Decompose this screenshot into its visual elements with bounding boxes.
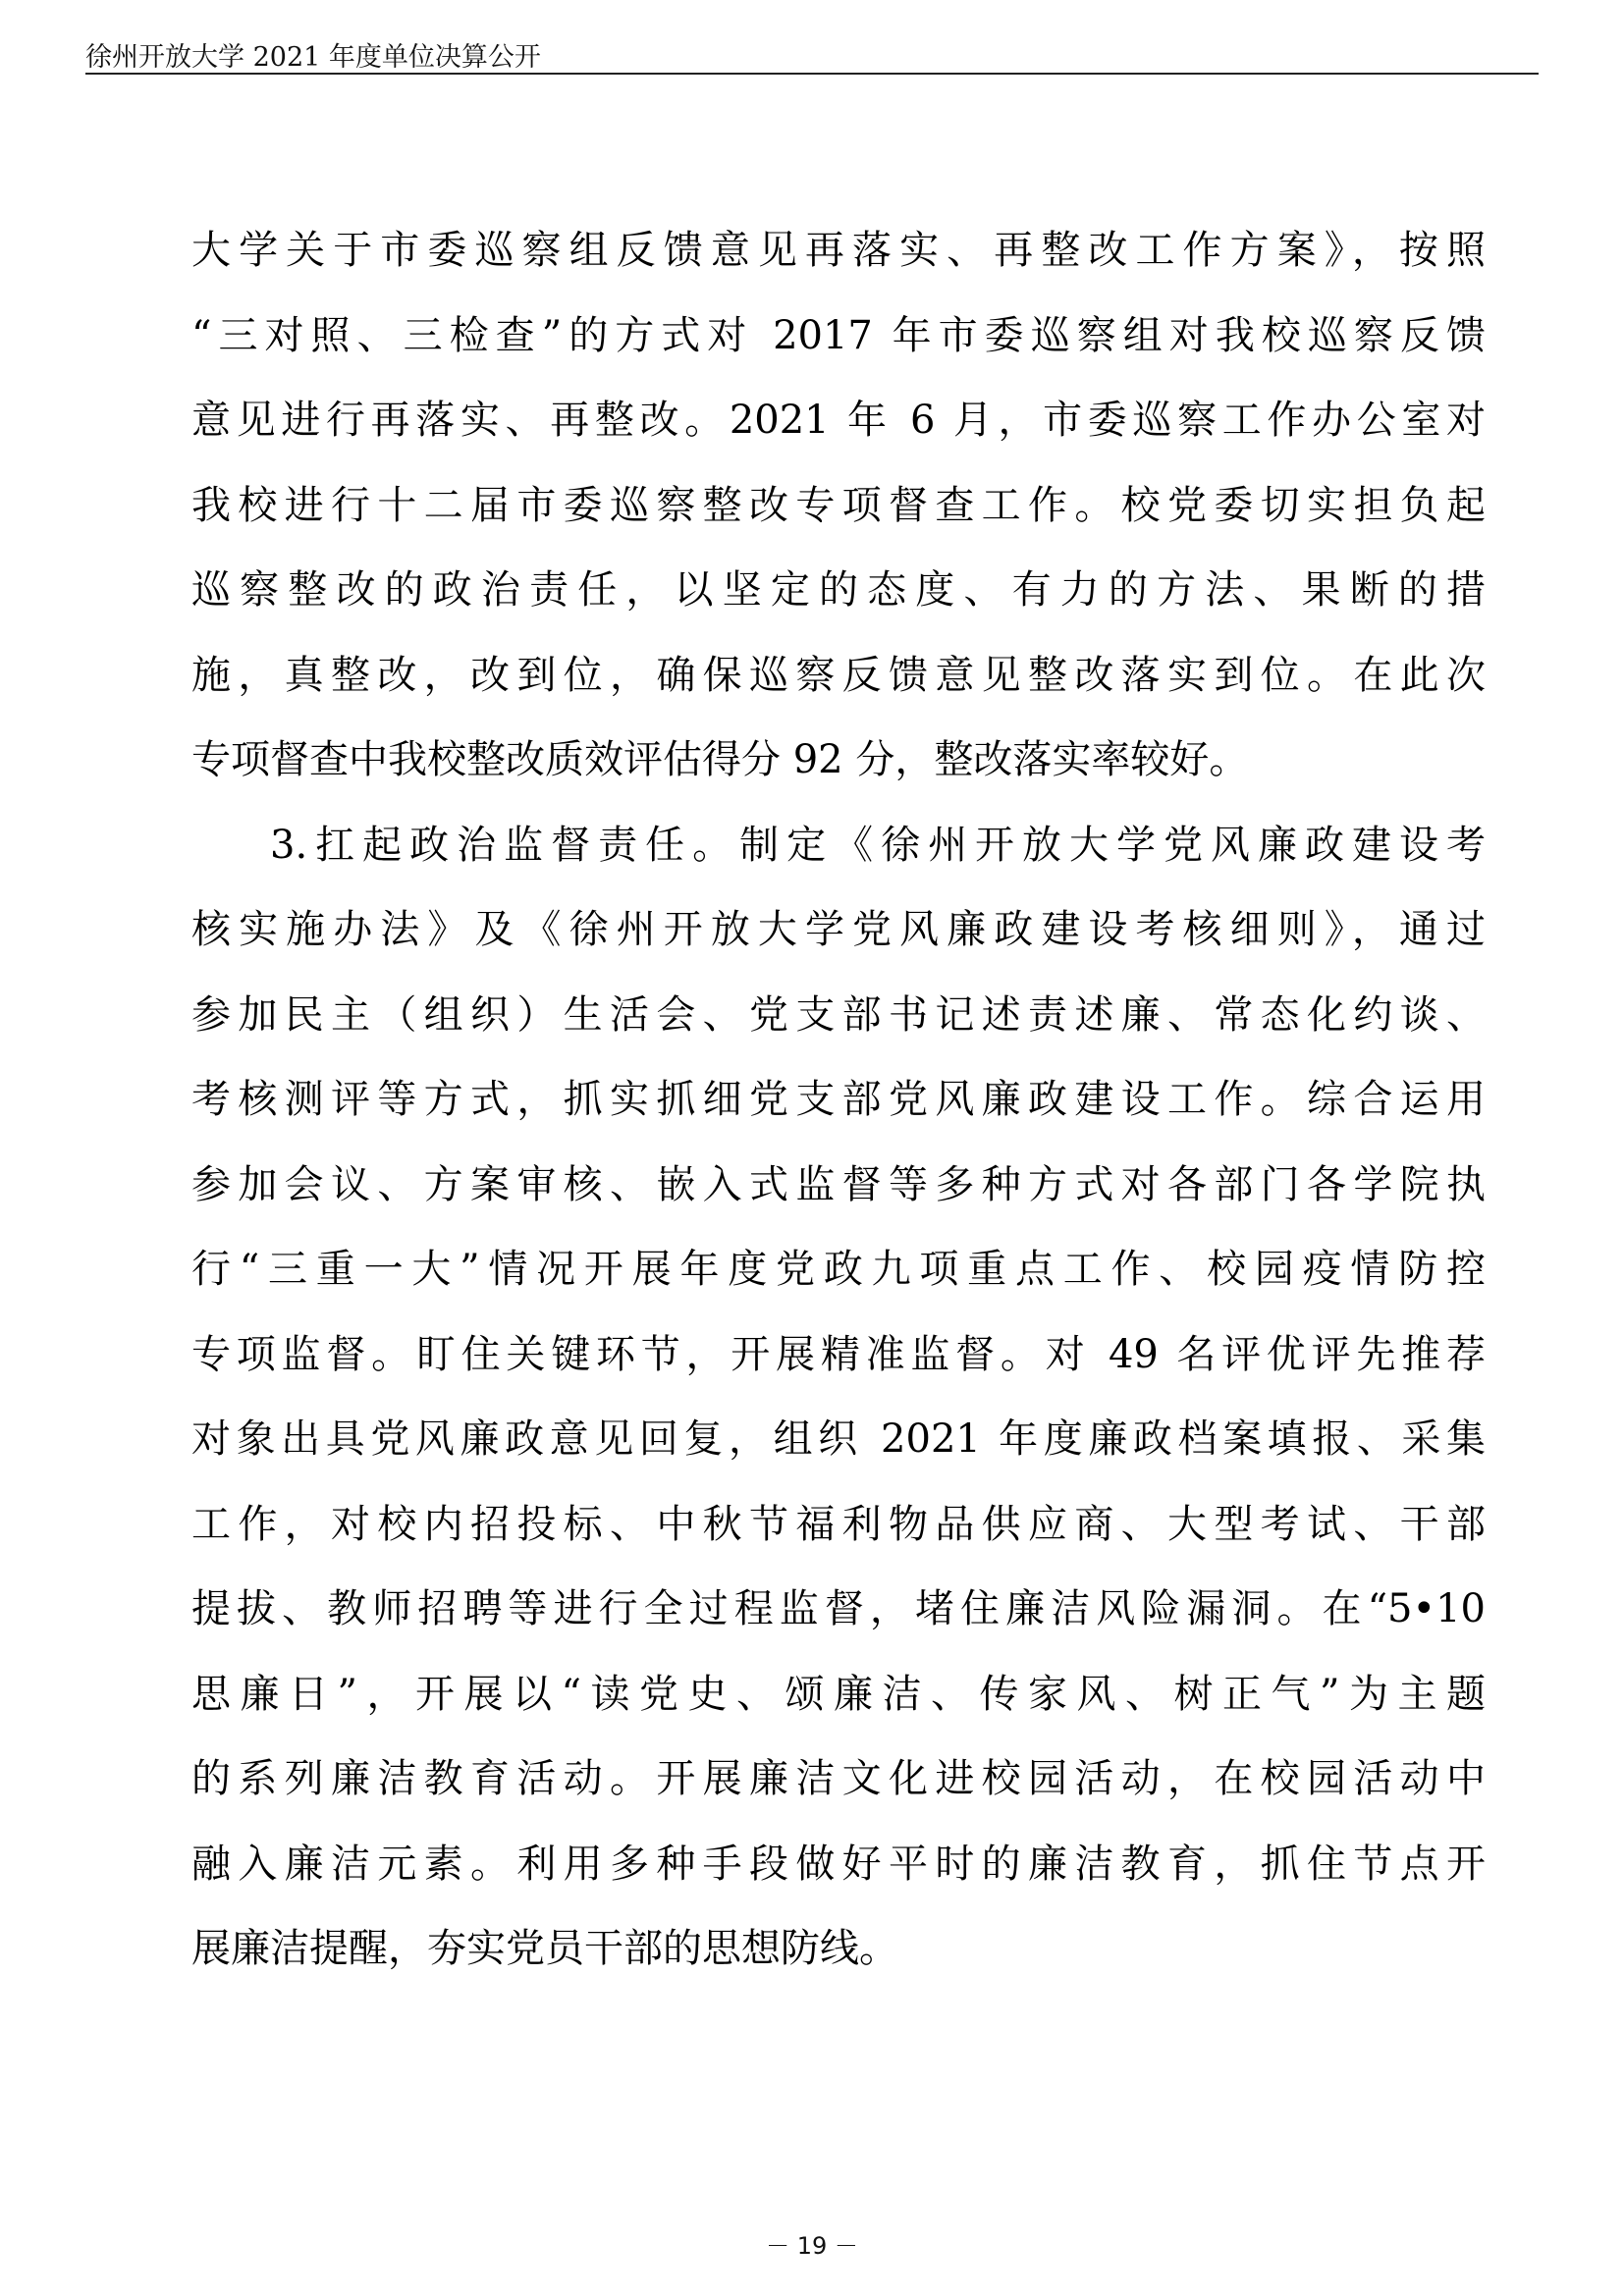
text-line: 意见进行再落实、再整改。2021 年 6 月，市委巡察工作办公室对 [191,378,1486,463]
text-line: 工作，对校内招投标、中秋节福利物品供应商、大型考试、干部 [191,1482,1486,1568]
text-line: 提拔、教师招聘等进行全过程监督，堵住廉洁风险漏洞。在“5•10 [191,1567,1486,1652]
text-line: 我校进行十二届市委巡察整改专项督查工作。校党委切实担负起 [191,463,1486,549]
text-line: 展廉洁提醒，夯实党员干部的思想防线。 [191,1906,1486,1992]
paragraph-political-supervision: 3.扛起政治监督责任。制定《徐州开放大学党风廉政建设考 核实施办法》及《徐州开放… [191,803,1486,1992]
document-header-title: 徐州开放大学 2021 年度单位决算公开 [85,35,541,74]
text-line: 融入廉洁元素。利用多种手段做好平时的廉洁教育，抓住节点开 [191,1822,1486,1907]
page-number: － 19 － [0,2226,1624,2261]
text-line: “三对照、三检查”的方式对 2017 年市委巡察组对我校巡察反馈 [191,294,1486,379]
text-line: 巡察整改的政治责任，以坚定的态度、有力的方法、果断的措 [191,548,1486,633]
text-line: 的系列廉洁教育活动。开展廉洁文化进校园活动，在校园活动中 [191,1736,1486,1822]
text-line: 施，真整改，改到位，确保巡察反馈意见整改落实到位。在此次 [191,633,1486,719]
text-line: 大学关于市委巡察组反馈意见再落实、再整改工作方案》，按照 [191,208,1486,294]
text-line: 专项监督。盯住关键环节，开展精准监督。对 49 名评优评先推荐 [191,1312,1486,1398]
text-line: 3.扛起政治监督责任。制定《徐州开放大学党风廉政建设考 [191,803,1486,888]
text-line: 考核测评等方式，抓实抓细党支部党风廉政建设工作。综合运用 [191,1057,1486,1143]
text-line: 行“三重一大”情况开展年度党政九项重点工作、校园疫情防控 [191,1227,1486,1312]
paragraph-rectification: 大学关于市委巡察组反馈意见再落实、再整改工作方案》，按照 “三对照、三检查”的方… [191,208,1486,803]
text-line: 核实施办法》及《徐州开放大学党风廉政建设考核细则》，通过 [191,887,1486,973]
text-line: 参加民主（组织）生活会、党支部书记述责述廉、常态化约谈、 [191,973,1486,1058]
document-body: 大学关于市委巡察组反馈意见再落实、再整改工作方案》，按照 “三对照、三检查”的方… [191,208,1486,1992]
text-line: 对象出具党风廉政意见回复，组织 2021 年度廉政档案填报、采集 [191,1397,1486,1482]
text-line: 参加会议、方案审核、嵌入式监督等多种方式对各部门各学院执 [191,1143,1486,1228]
header-divider [85,73,1539,75]
text-line: 思廉日”，开展以“读党史、颂廉洁、传家风、树正气”为主题 [191,1652,1486,1737]
text-line: 专项督查中我校整改质效评估得分 92 分，整改落实率较好。 [191,718,1486,803]
